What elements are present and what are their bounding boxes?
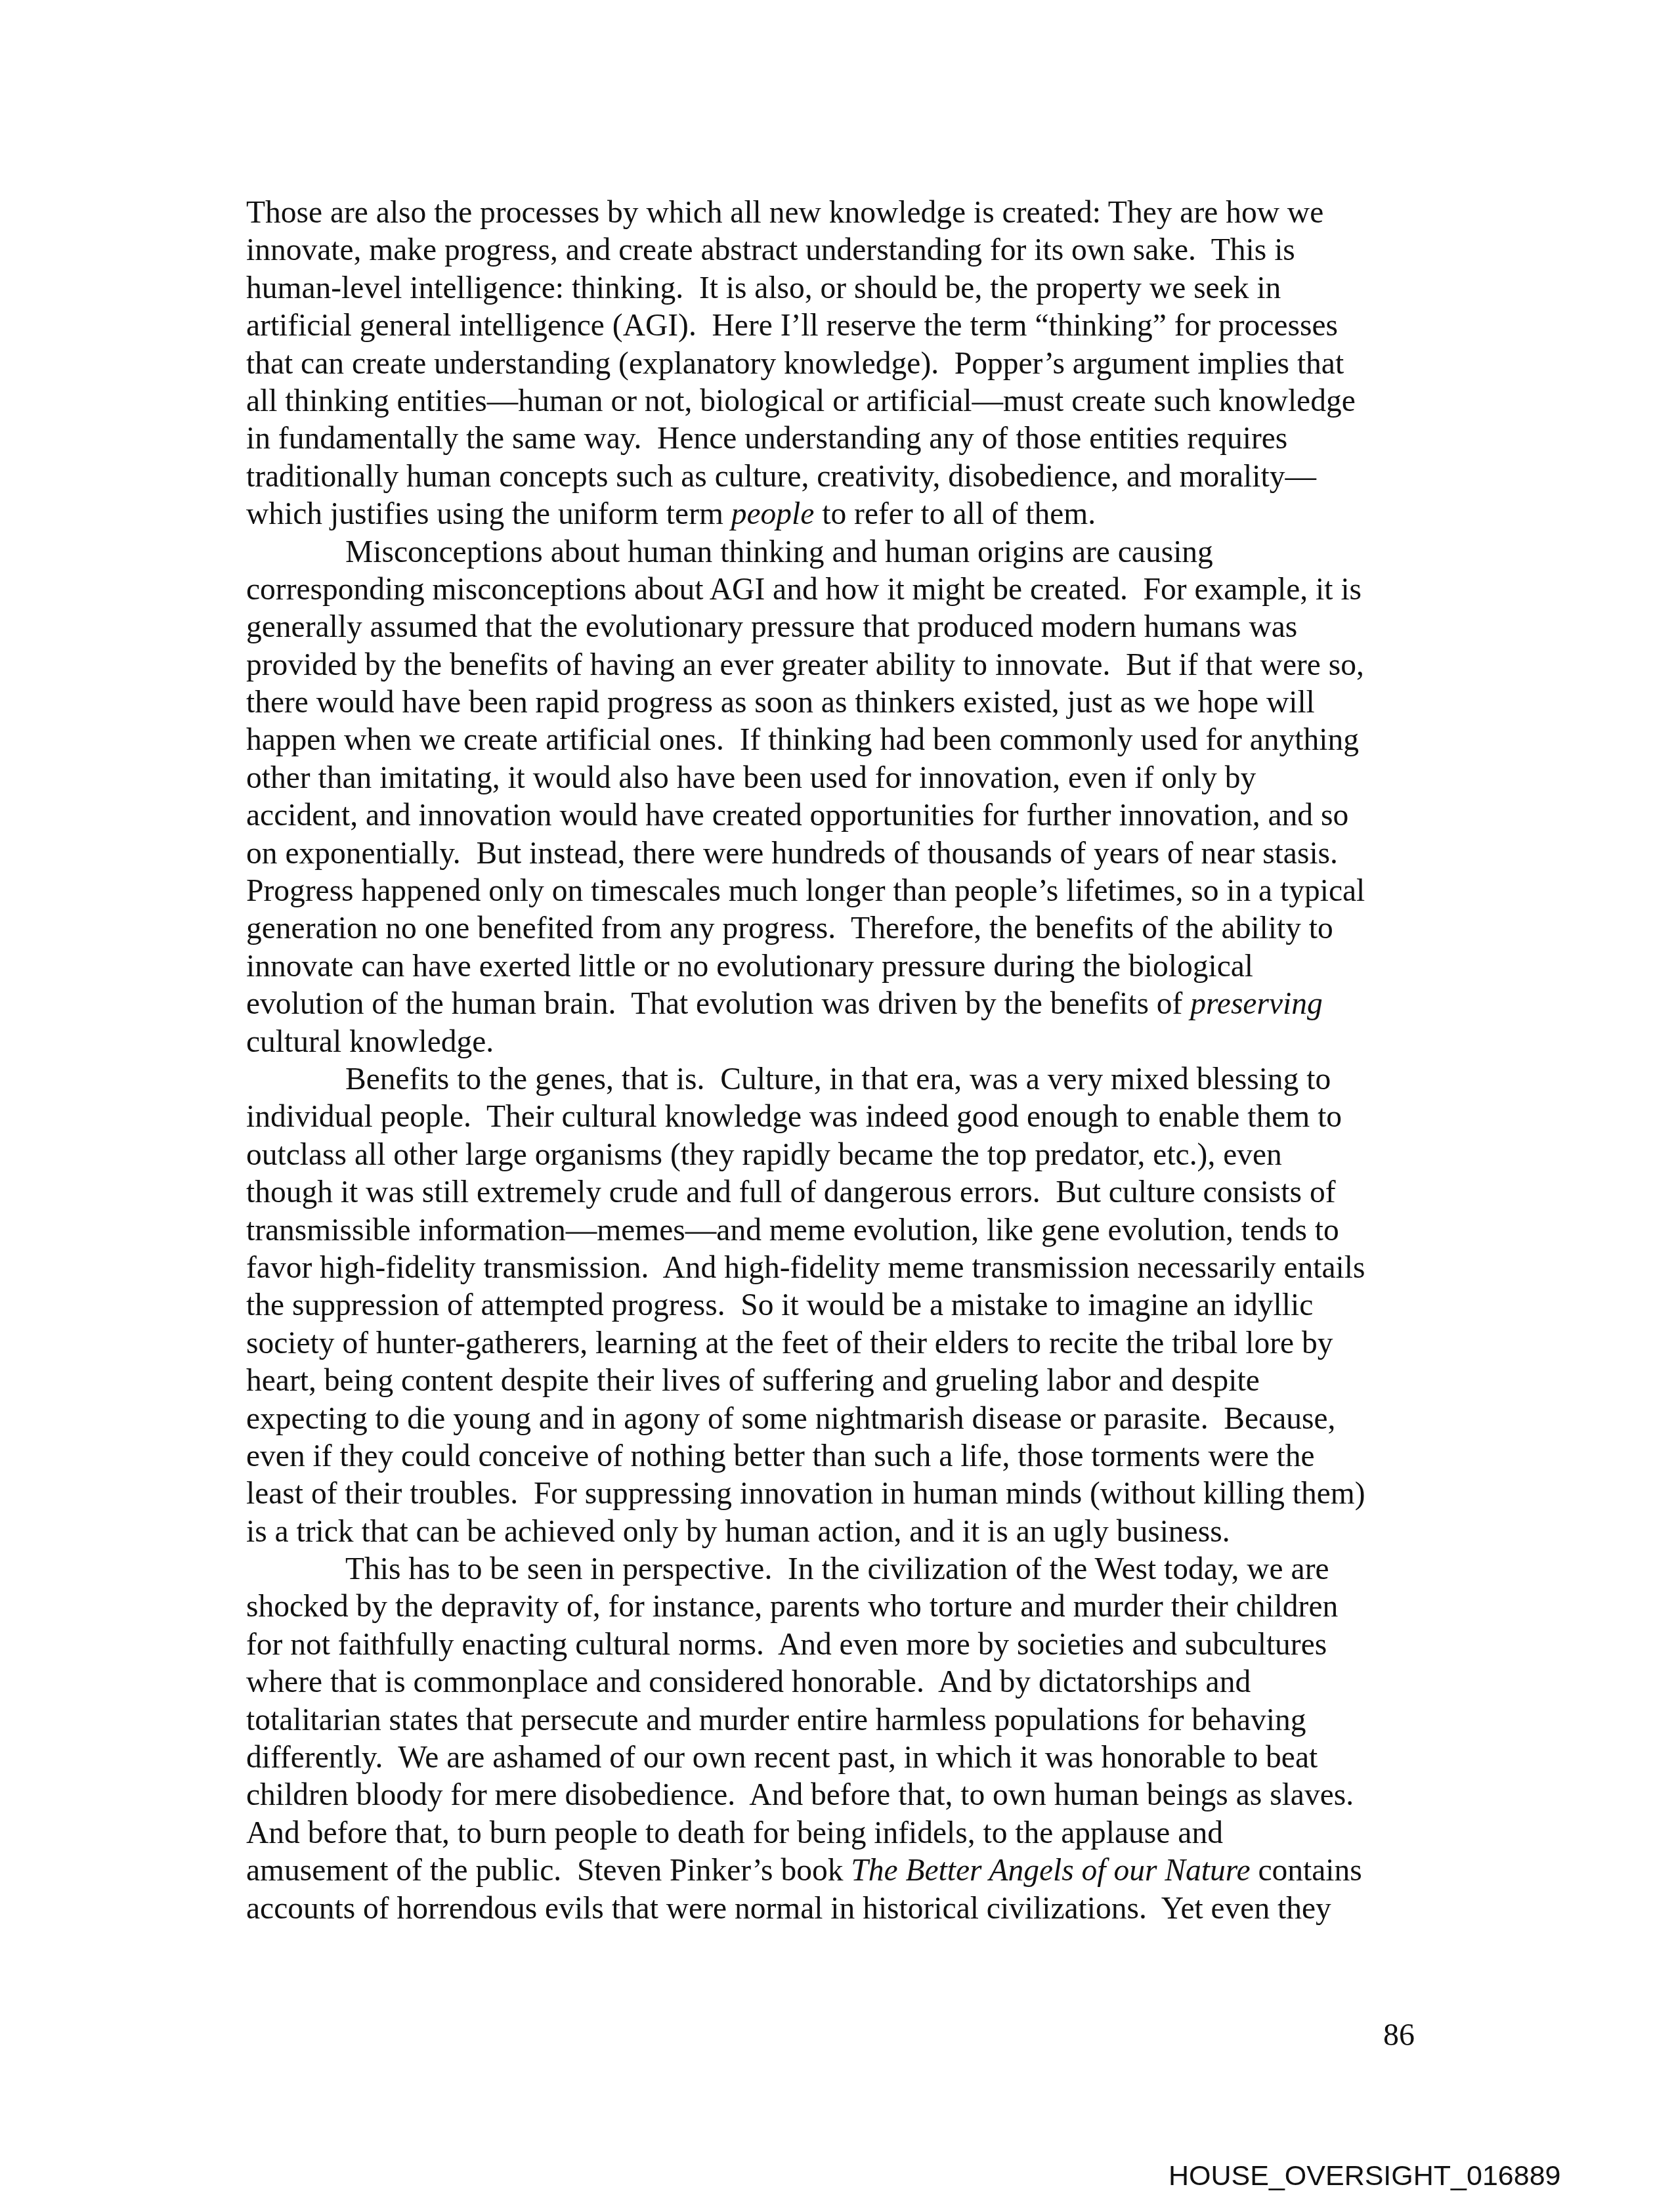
text-line: Progress happened only on timescales muc… bbox=[246, 873, 1428, 910]
italic-term: preserving bbox=[1190, 987, 1322, 1021]
text-line: the suppression of attempted progress. S… bbox=[246, 1287, 1428, 1324]
text-segment: which justifies using the uniform term bbox=[246, 497, 731, 531]
text-line: favor high-fidelity transmission. And hi… bbox=[246, 1249, 1428, 1287]
text-segment: evolution of the human brain. That evolu… bbox=[246, 987, 1190, 1021]
text-line: amusement of the public. Steven Pinker’s… bbox=[246, 1852, 1428, 1890]
text-line: artificial general intelligence (AGI). H… bbox=[246, 307, 1428, 345]
text-line: other than imitating, it would also have… bbox=[246, 760, 1428, 797]
text-line: in fundamentally the same way. Hence und… bbox=[246, 420, 1428, 458]
text-line: for not faithfully enacting cultural nor… bbox=[246, 1626, 1428, 1664]
text-line: evolution of the human brain. That evolu… bbox=[246, 986, 1428, 1023]
text-segment: to refer to all of them. bbox=[814, 497, 1096, 531]
text-line: which justifies using the uniform term p… bbox=[246, 496, 1428, 533]
text-line: innovate can have exerted little or no e… bbox=[246, 948, 1428, 986]
text-line: transmissible information—memes—and meme… bbox=[246, 1212, 1428, 1249]
text-line: on exponentially. But instead, there wer… bbox=[246, 835, 1428, 873]
text-line: society of hunter-gatherers, learning at… bbox=[246, 1325, 1428, 1362]
text-line: Those are also the processes by which al… bbox=[246, 194, 1428, 232]
text-line: human-level intelligence: thinking. It i… bbox=[246, 270, 1428, 307]
text-line: innovate, make progress, and create abst… bbox=[246, 232, 1428, 269]
text-line: children bloody for mere disobedience. A… bbox=[246, 1777, 1428, 1814]
text-line: where that is commonplace and considered… bbox=[246, 1664, 1428, 1701]
text-line: provided by the benefits of having an ev… bbox=[246, 647, 1428, 684]
paragraph-first-line: Misconceptions about human thinking and … bbox=[246, 534, 1428, 571]
text-line: outclass all other large organisms (they… bbox=[246, 1137, 1428, 1174]
text-line: traditionally human concepts such as cul… bbox=[246, 458, 1428, 496]
text-line: heart, being content despite their lives… bbox=[246, 1362, 1428, 1400]
text-line: though it was still extremely crude and … bbox=[246, 1174, 1428, 1211]
italic-term: people bbox=[731, 497, 815, 531]
text-line: totalitarian states that persecute and m… bbox=[246, 1702, 1428, 1739]
text-line: corresponding misconceptions about AGI a… bbox=[246, 571, 1428, 609]
text-line: differently. We are ashamed of our own r… bbox=[246, 1739, 1428, 1777]
text-line: is a trick that can be achieved only by … bbox=[246, 1513, 1428, 1551]
bates-stamp: HOUSE_OVERSIGHT_016889 bbox=[1169, 2160, 1561, 2192]
text-line: accounts of horrendous evils that were n… bbox=[246, 1890, 1428, 1928]
text-line: generally assumed that the evolutionary … bbox=[246, 609, 1428, 646]
document-page: Those are also the processes by which al… bbox=[0, 0, 1674, 2212]
text-line: shocked by the depravity of, for instanc… bbox=[246, 1588, 1428, 1626]
text-line: least of their troubles. For suppressing… bbox=[246, 1475, 1428, 1513]
text-line: individual people. Their cultural knowle… bbox=[246, 1098, 1428, 1136]
text-segment: amusement of the public. Steven Pinker’s… bbox=[246, 1854, 851, 1888]
italic-term: The Better Angels of our Nature bbox=[851, 1854, 1250, 1888]
body-text: Those are also the processes by which al… bbox=[246, 194, 1428, 1928]
text-line: there would have been rapid progress as … bbox=[246, 684, 1428, 722]
text-line: generation no one benefited from any pro… bbox=[246, 910, 1428, 947]
text-line: even if they could conceive of nothing b… bbox=[246, 1438, 1428, 1475]
text-line: accident, and innovation would have crea… bbox=[246, 797, 1428, 835]
text-line: that can create understanding (explanato… bbox=[246, 345, 1428, 383]
text-line: And before that, to burn people to death… bbox=[246, 1815, 1428, 1852]
paragraph-first-line: This has to be seen in perspective. In t… bbox=[246, 1551, 1428, 1588]
paragraph-first-line: Benefits to the genes, that is. Culture,… bbox=[246, 1061, 1428, 1098]
page-number: 86 bbox=[1283, 2017, 1415, 2053]
text-segment: contains bbox=[1251, 1854, 1362, 1888]
text-line: all thinking entities—human or not, biol… bbox=[246, 383, 1428, 420]
text-line: expecting to die young and in agony of s… bbox=[246, 1400, 1428, 1438]
text-line: happen when we create artificial ones. I… bbox=[246, 722, 1428, 759]
text-line: cultural knowledge. bbox=[246, 1024, 1428, 1061]
